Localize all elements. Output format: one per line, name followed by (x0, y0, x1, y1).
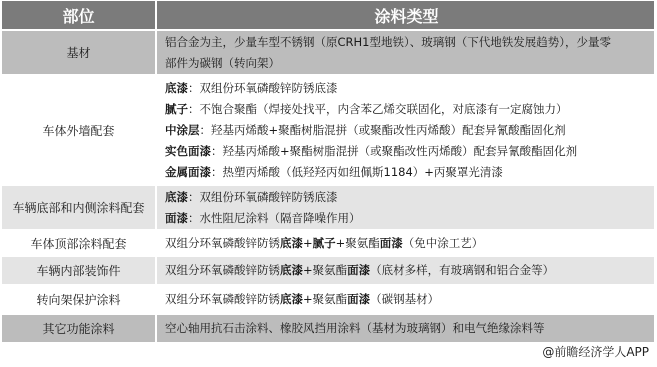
coating-line: 底漆：双组份环氧磷酸锌防锈底漆 (165, 78, 648, 99)
segment: +聚氨酯 (336, 236, 380, 250)
coating-desc: ：羟基丙烯酸+聚酯树脂混拼（或聚酯改性丙烯酸）配套异氰酸酯固化剂 (211, 144, 577, 158)
table-row: 车体顶部涂料配套 双组分环氧磷酸锌防锈底漆+腻子+聚氨酯面漆（免中涂工艺） (2, 231, 654, 257)
segment: （免中涂工艺） (403, 236, 484, 250)
segment: +聚氨酯 (303, 292, 347, 306)
segment: 双组分环氧磷酸锌防锈 (165, 292, 280, 306)
cell-coating: 底漆：双组份环氧磷酸锌防锈底漆 腻子：不饱合聚酯（焊接处找平，内含苯乙烯交联固化… (157, 76, 654, 184)
coating-line: 部件为碳钢（转向架） (165, 53, 648, 74)
source-credit: @前瞻经济学人APP (542, 343, 649, 360)
table-row: 车体外墙配套 底漆：双组份环氧磷酸锌防锈底漆 腻子：不饱合聚酯（焊接处找平，内含… (2, 76, 654, 186)
coating-line: 腻子：不饱合聚酯（焊接处找平，内含苯乙烯交联固化，对底漆有一定腐蚀力） (165, 99, 648, 120)
coating-label: 腻子 (165, 102, 188, 116)
coating-line: 实色面漆：羟基丙烯酸+聚酯树脂混拼（或聚酯改性丙烯酸）配套异氰酸酯固化剂 (165, 141, 648, 162)
coating-line: 底漆：双组份环氧磷酸锌防锈底漆 (165, 187, 648, 208)
coating-desc: ：双组份环氧磷酸锌防锈底漆 (188, 190, 338, 204)
cell-coating: 铝合金为主，少量车型不锈钢（原CRH1型地铁）、玻璃钢（下代地铁发展趋势），少量… (157, 31, 654, 74)
cell-part: 车体顶部涂料配套 (2, 231, 157, 255)
segment-bold: 腻子 (313, 236, 336, 250)
coating-line: 双组分环氧磷酸锌防锈底漆+聚氨酯面漆（碳钢基材） (165, 289, 648, 310)
coating-line: 双组分环氧磷酸锌防锈底漆+聚氨酯面漆（底材多样，有玻璃钢和铝合金等） (165, 260, 648, 281)
cell-part: 车辆底部和内侧涂料配套 (2, 186, 157, 229)
segment: （底材多样，有玻璃钢和铝合金等） (370, 263, 554, 277)
coating-line: 空心轴用抗石击涂料、橡胶风挡用涂料（基材为玻璃钢）和电气绝缘涂料等 (165, 318, 648, 339)
coating-desc: ：不饱合聚酯（焊接处找平，内含苯乙烯交联固化，对底漆有一定腐蚀力） (188, 102, 568, 116)
segment-bold: 底漆 (280, 263, 303, 277)
cell-coating: 空心轴用抗石击涂料、橡胶风挡用涂料（基材为玻璃钢）和电气绝缘涂料等 (157, 315, 654, 342)
segment: 双组分环氧磷酸锌防锈 (165, 236, 280, 250)
cell-part: 其它功能涂料 (2, 315, 157, 342)
segment: +聚氨酯 (303, 263, 347, 277)
segment-bold: 底漆 (280, 292, 303, 306)
cell-part: 车辆内部装饰件 (2, 257, 157, 284)
cell-part: 转向架保护涂料 (2, 286, 157, 313)
header-coating-type: 涂料类型 (157, 1, 654, 29)
header-part: 部位 (2, 1, 157, 29)
coating-label: 面漆 (165, 211, 188, 225)
coating-label: 实色面漆 (165, 144, 211, 158)
cell-coating: 底漆：双组份环氧磷酸锌防锈底漆 面漆：水性阻尼涂料（隔音降噪作用） (157, 186, 654, 229)
cell-coating: 双组分环氧磷酸锌防锈底漆+腻子+聚氨酯面漆（免中涂工艺） (157, 231, 654, 255)
segment: （碳钢基材） (370, 292, 439, 306)
table-row: 其它功能涂料 空心轴用抗石击涂料、橡胶风挡用涂料（基材为玻璃钢）和电气绝缘涂料等 (2, 315, 654, 344)
segment-bold: 面漆 (380, 236, 403, 250)
cell-coating: 双组分环氧磷酸锌防锈底漆+聚氨酯面漆（碳钢基材） (157, 286, 654, 313)
coating-label: 中涂层 (165, 123, 200, 137)
coating-table: 部位 涂料类型 基材 铝合金为主，少量车型不锈钢（原CRH1型地铁）、玻璃钢（下… (2, 1, 654, 344)
coating-desc: ：水性阻尼涂料（隔音降噪作用） (188, 211, 361, 225)
segment-bold: 面漆 (347, 292, 370, 306)
coating-label: 底漆 (165, 190, 188, 204)
coating-line: 金属面漆：热塑丙烯酸（低羟羟丙如纽佩斯1184）+丙聚罩光清漆 (165, 162, 648, 183)
coating-desc: ：双组份环氧磷酸锌防锈底漆 (188, 81, 338, 95)
segment-bold: 底漆 (280, 236, 303, 250)
coating-line: 双组分环氧磷酸锌防锈底漆+腻子+聚氨酯面漆（免中涂工艺） (165, 233, 648, 254)
table-header: 部位 涂料类型 (2, 1, 654, 31)
coating-line: 中涂层：羟基丙烯酸+聚酯树脂混拼（或聚酯改性丙烯酸）配套异氰酸酯固化剂 (165, 120, 648, 141)
coating-label: 底漆 (165, 81, 188, 95)
segment-bold: 面漆 (347, 263, 370, 277)
cell-coating: 双组分环氧磷酸锌防锈底漆+聚氨酯面漆（底材多样，有玻璃钢和铝合金等） (157, 257, 654, 284)
segment: 双组分环氧磷酸锌防锈 (165, 263, 280, 277)
table-row: 转向架保护涂料 双组分环氧磷酸锌防锈底漆+聚氨酯面漆（碳钢基材） (2, 286, 654, 315)
table-row: 基材 铝合金为主，少量车型不锈钢（原CRH1型地铁）、玻璃钢（下代地铁发展趋势）… (2, 31, 654, 76)
table-row: 车辆底部和内侧涂料配套 底漆：双组份环氧磷酸锌防锈底漆 面漆：水性阻尼涂料（隔音… (2, 186, 654, 231)
cell-part: 车体外墙配套 (2, 76, 157, 184)
coating-line: 铝合金为主，少量车型不锈钢（原CRH1型地铁）、玻璃钢（下代地铁发展趋势），少量… (165, 32, 648, 53)
coating-label: 金属面漆 (165, 165, 211, 179)
segment: + (303, 236, 313, 250)
coating-line: 面漆：水性阻尼涂料（隔音降噪作用） (165, 208, 648, 229)
coating-desc: ：热塑丙烯酸（低羟羟丙如纽佩斯1184）+丙聚罩光清漆 (211, 165, 503, 179)
cell-part: 基材 (2, 31, 157, 74)
table-row: 车辆内部装饰件 双组分环氧磷酸锌防锈底漆+聚氨酯面漆（底材多样，有玻璃钢和铝合金… (2, 257, 654, 286)
coating-desc: ：羟基丙烯酸+聚酯树脂混拼（或聚酯改性丙烯酸）配套异氰酸酯固化剂 (200, 123, 566, 137)
